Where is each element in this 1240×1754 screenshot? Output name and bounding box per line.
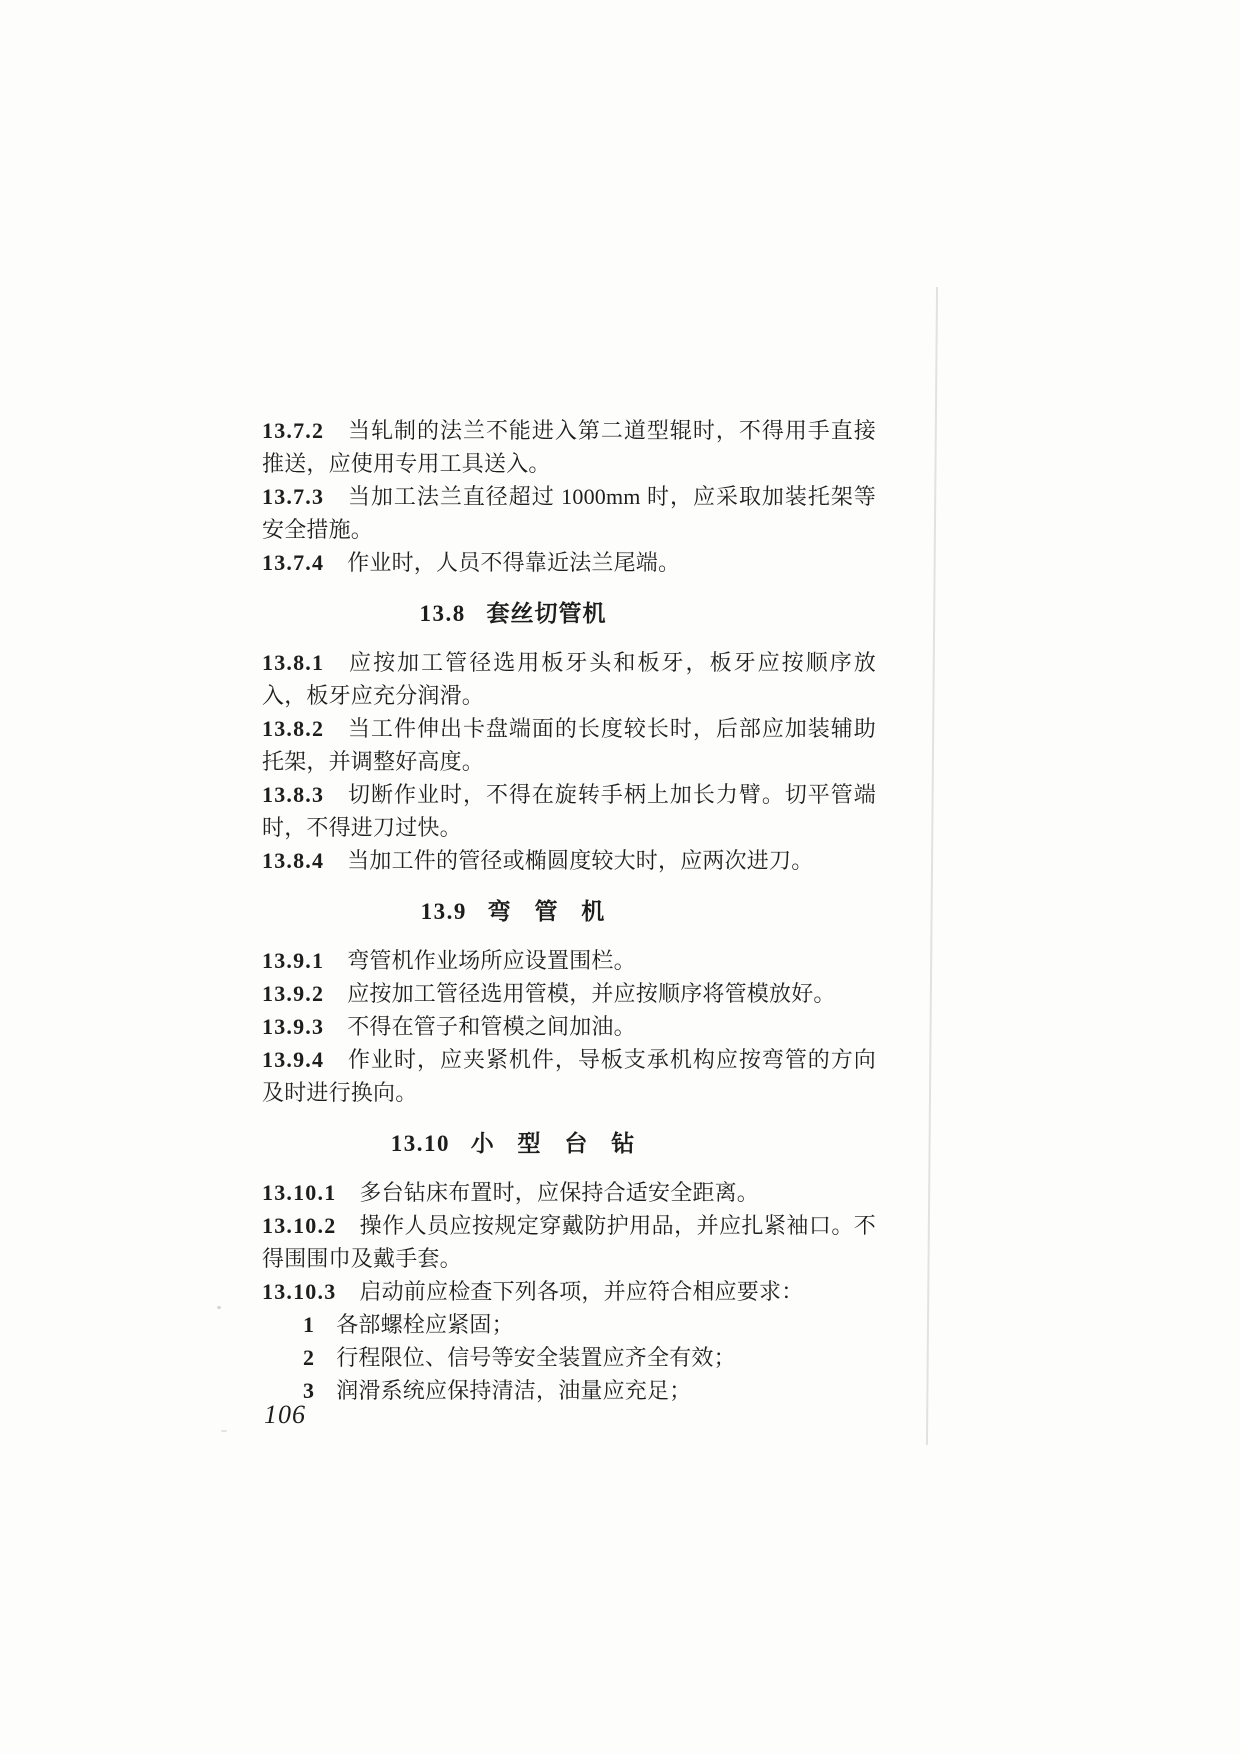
ordered-item-3: 3润滑系统应保持清洁，油量应充足； — [303, 1374, 876, 1407]
text-column: 13.7.2当轧制的法兰不能进入第二道型辊时，不得用手直接推送，应使用专用工具送… — [262, 414, 876, 1407]
clause-13-8-4: 13.8.4当加工件的管径或椭圆度较大时，应两次进刀。 — [262, 844, 876, 877]
clause-text: 应按加工管径选用管模，并应按顺序将管模放好。 — [347, 981, 835, 1006]
clause-13-7-4: 13.7.4作业时，人员不得靠近法兰尾端。 — [262, 546, 876, 579]
item-text: 行程限位、信号等安全装置应齐全有效； — [336, 1345, 736, 1370]
clause-number: 13.8.3 — [262, 782, 324, 807]
clause-text: 弯管机作业场所应设置围栏。 — [347, 948, 636, 973]
section-number: 13.10 — [391, 1131, 450, 1156]
section-number: 13.9 — [421, 899, 467, 924]
scan-speckle — [221, 1430, 227, 1432]
clause-13-9-2: 13.9.2应按加工管径选用管模，并应按顺序将管模放好。 — [262, 977, 876, 1010]
clause-text: 应按加工管径选用板牙头和板牙，板牙应按顺序放入，板牙应充分润滑。 — [262, 650, 876, 708]
clause-number: 13.10.1 — [262, 1180, 336, 1205]
page-number: 106 — [264, 1400, 306, 1430]
clause-number: 13.10.2 — [262, 1213, 336, 1238]
item-number: 2 — [303, 1345, 315, 1370]
section-title: 套丝切管机 — [486, 601, 606, 626]
section-heading-13-10: 13.10小 型 台 钻 — [262, 1127, 876, 1160]
clause-number: 13.9.2 — [262, 981, 324, 1006]
clause-number: 13.8.4 — [262, 848, 324, 873]
clause-13-9-1: 13.9.1弯管机作业场所应设置围栏。 — [262, 944, 876, 977]
clause-text: 当加工法兰直径超过 1000mm 时，应采取加装托架等安全措施。 — [262, 484, 876, 542]
document-page: 13.7.2当轧制的法兰不能进入第二道型辊时，不得用手直接推送，应使用专用工具送… — [0, 0, 1240, 1754]
clause-13-9-3: 13.9.3不得在管子和管模之间加油。 — [262, 1010, 876, 1043]
clause-text: 操作人员应按规定穿戴防护用品，并应扎紧袖口。不得围围巾及戴手套。 — [262, 1213, 876, 1271]
scan-speckle — [217, 1306, 221, 1309]
clause-text: 启动前应检查下列各项，并应符合相应要求： — [359, 1279, 803, 1304]
item-number: 1 — [303, 1312, 315, 1337]
clause-number: 13.9.3 — [262, 1014, 324, 1039]
section-title: 小 型 台 钻 — [471, 1131, 636, 1156]
item-text: 各部螺栓应紧固； — [336, 1312, 514, 1337]
clause-text: 切断作业时，不得在旋转手柄上加长力臂。切平管端时，不得进刀过快。 — [262, 782, 876, 840]
clause-13-8-3: 13.8.3切断作业时，不得在旋转手柄上加长力臂。切平管端时，不得进刀过快。 — [262, 778, 876, 844]
clause-13-10-2: 13.10.2操作人员应按规定穿戴防护用品，并应扎紧袖口。不得围围巾及戴手套。 — [262, 1209, 876, 1275]
section-title: 弯 管 机 — [488, 899, 606, 924]
clause-number: 13.7.3 — [262, 484, 324, 509]
clause-number: 13.8.2 — [262, 716, 324, 741]
section-heading-13-9: 13.9弯 管 机 — [262, 895, 876, 928]
ordered-item-2: 2行程限位、信号等安全装置应齐全有效； — [303, 1341, 876, 1374]
clause-number: 13.9.1 — [262, 948, 324, 973]
clause-text: 作业时，人员不得靠近法兰尾端。 — [347, 550, 680, 575]
clause-text: 当加工件的管径或椭圆度较大时，应两次进刀。 — [347, 848, 813, 873]
ordered-item-1: 1各部螺栓应紧固； — [303, 1308, 876, 1341]
item-text: 润滑系统应保持清洁，油量应充足； — [336, 1378, 691, 1403]
clause-number: 13.7.4 — [262, 550, 324, 575]
clause-text: 作业时，应夹紧机件，导板支承机构应按弯管的方向及时进行换向。 — [262, 1047, 876, 1105]
clause-text: 不得在管子和管模之间加油。 — [347, 1014, 636, 1039]
scan-edge-line — [926, 287, 938, 1445]
clause-13-8-2: 13.8.2当工件伸出卡盘端面的长度较长时，后部应加装辅助托架，并调整好高度。 — [262, 712, 876, 778]
clause-13-7-2: 13.7.2当轧制的法兰不能进入第二道型辊时，不得用手直接推送，应使用专用工具送… — [262, 414, 876, 480]
clause-text: 当轧制的法兰不能进入第二道型辊时，不得用手直接推送，应使用专用工具送入。 — [262, 418, 876, 476]
clause-text: 多台钻床布置时，应保持合适安全距离。 — [359, 1180, 759, 1205]
clause-13-10-3: 13.10.3启动前应检查下列各项，并应符合相应要求： — [262, 1275, 876, 1308]
clause-13-9-4: 13.9.4作业时，应夹紧机件，导板支承机构应按弯管的方向及时进行换向。 — [262, 1043, 876, 1109]
clause-13-10-1: 13.10.1多台钻床布置时，应保持合适安全距离。 — [262, 1176, 876, 1209]
clause-13-7-3: 13.7.3当加工法兰直径超过 1000mm 时，应采取加装托架等安全措施。 — [262, 480, 876, 546]
clause-number: 13.9.4 — [262, 1047, 324, 1072]
section-number: 13.8 — [420, 601, 466, 626]
clause-text: 当工件伸出卡盘端面的长度较长时，后部应加装辅助托架，并调整好高度。 — [262, 716, 876, 774]
clause-number: 13.10.3 — [262, 1279, 336, 1304]
clause-number: 13.7.2 — [262, 418, 324, 443]
section-heading-13-8: 13.8套丝切管机 — [262, 597, 876, 630]
clause-number: 13.8.1 — [262, 650, 324, 675]
clause-13-8-1: 13.8.1应按加工管径选用板牙头和板牙，板牙应按顺序放入，板牙应充分润滑。 — [262, 646, 876, 712]
